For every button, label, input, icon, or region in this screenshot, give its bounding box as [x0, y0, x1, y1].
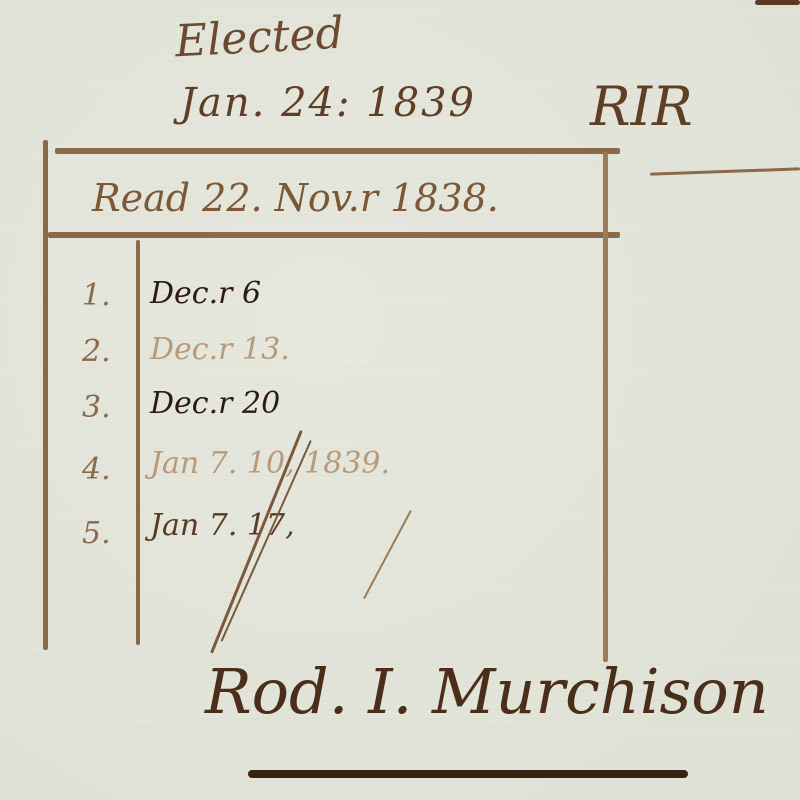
signature-underline — [248, 770, 688, 778]
table-right-rule — [603, 152, 608, 662]
ink-flourish — [363, 510, 412, 599]
row-date: Dec.r 20 — [150, 386, 280, 421]
row-number: 3. — [82, 390, 111, 425]
table-header-rule — [48, 232, 620, 238]
table-column-rule — [136, 240, 140, 645]
table-title: Read 22. Nov.r 1838. — [92, 176, 499, 220]
elected-date: Jan. 24: 1839 — [180, 80, 476, 126]
initials: RIR — [590, 75, 693, 138]
signature: Rod. I. Murchison — [205, 655, 769, 728]
table-left-rule — [43, 140, 48, 650]
row-date: Dec.r 13. — [150, 332, 290, 367]
row-number: 5. — [82, 516, 111, 551]
row-number: 4. — [82, 452, 111, 487]
stray-ink-line — [650, 167, 800, 175]
elected-label: Elected — [174, 8, 345, 68]
ink-mark-top-right — [740, 0, 800, 8]
row-number: 2. — [82, 334, 111, 369]
row-number: 1. — [82, 278, 111, 313]
table-top-rule — [55, 148, 620, 154]
row-date: Jan 7. 10, 1839. — [150, 446, 390, 481]
row-date: Dec.r 6 — [150, 276, 261, 311]
